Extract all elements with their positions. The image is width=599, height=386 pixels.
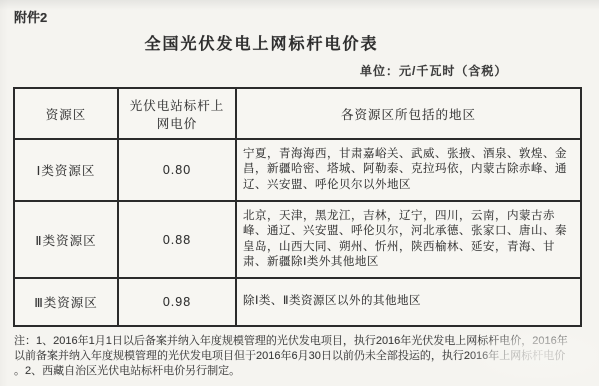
header-resource-zone: 资源区 (14, 88, 118, 139)
table-header-row: 资源区 光伏电站标杆上网电价 各资源区所包括的地区 (14, 88, 581, 139)
attachment-label: 附件2 (14, 7, 47, 26)
zone-1-label: Ⅰ类资源区 (14, 139, 118, 201)
zone-3-regions: 除Ⅰ类、Ⅱ类资源区以外的其他地区 (236, 278, 581, 326)
header-included-regions: 各资源区所包括的地区 (236, 88, 581, 139)
unit-label: 单位：元/千瓦时（含税） (360, 62, 507, 79)
header-benchmark-price: 光伏电站标杆上网电价 (118, 88, 236, 139)
zone-3-price: 0.98 (118, 278, 236, 326)
zone-1-price: 0.80 (118, 139, 236, 201)
tariff-table: 资源区 光伏电站标杆上网电价 各资源区所包括的地区 Ⅰ类资源区 0.80 宁夏，… (13, 87, 582, 327)
zone-2-regions: 北京，天津，黑龙江，吉林，辽宁，四川，云南，内蒙古赤峰、通辽、兴安盟、呼伦贝尔，… (236, 201, 581, 278)
table-row: Ⅲ类资源区 0.98 除Ⅰ类、Ⅱ类资源区以外的其他地区 (14, 278, 581, 326)
footnote-line: 。2、西藏自治区光伏电站标杆电价另行制定。 (14, 364, 599, 379)
footnotes: 注：1、2016年1月1日以后备案并纳入年度规模管理的光伏发电项目，执行2016… (14, 334, 599, 379)
page-title: 全国光伏发电上网标杆电价表 (0, 31, 561, 54)
zone-1-regions: 宁夏，青海海西，甘肃嘉峪关、武威、张掖、酒泉、敦煌、金昌，新疆哈密、塔城、阿勒泰… (236, 139, 581, 201)
footnote-line: 注：1、2016年1月1日以后备案并纳入年度规模管理的光伏发电项目，执行2016… (14, 334, 599, 349)
table-row: Ⅱ类资源区 0.88 北京，天津，黑龙江，吉林，辽宁，四川，云南，内蒙古赤峰、通… (14, 201, 581, 278)
zone-2-label: Ⅱ类资源区 (14, 201, 118, 278)
zone-3-label: Ⅲ类资源区 (14, 278, 118, 326)
zone-2-price: 0.88 (118, 201, 236, 278)
table-row: Ⅰ类资源区 0.80 宁夏，青海海西，甘肃嘉峪关、武威、张掖、酒泉、敦煌、金昌，… (14, 139, 581, 201)
footnote-line: 以前备案并纳入年度规模管理的光伏发电项目但于2016年6月30日以前仍未全部投运… (14, 349, 599, 364)
